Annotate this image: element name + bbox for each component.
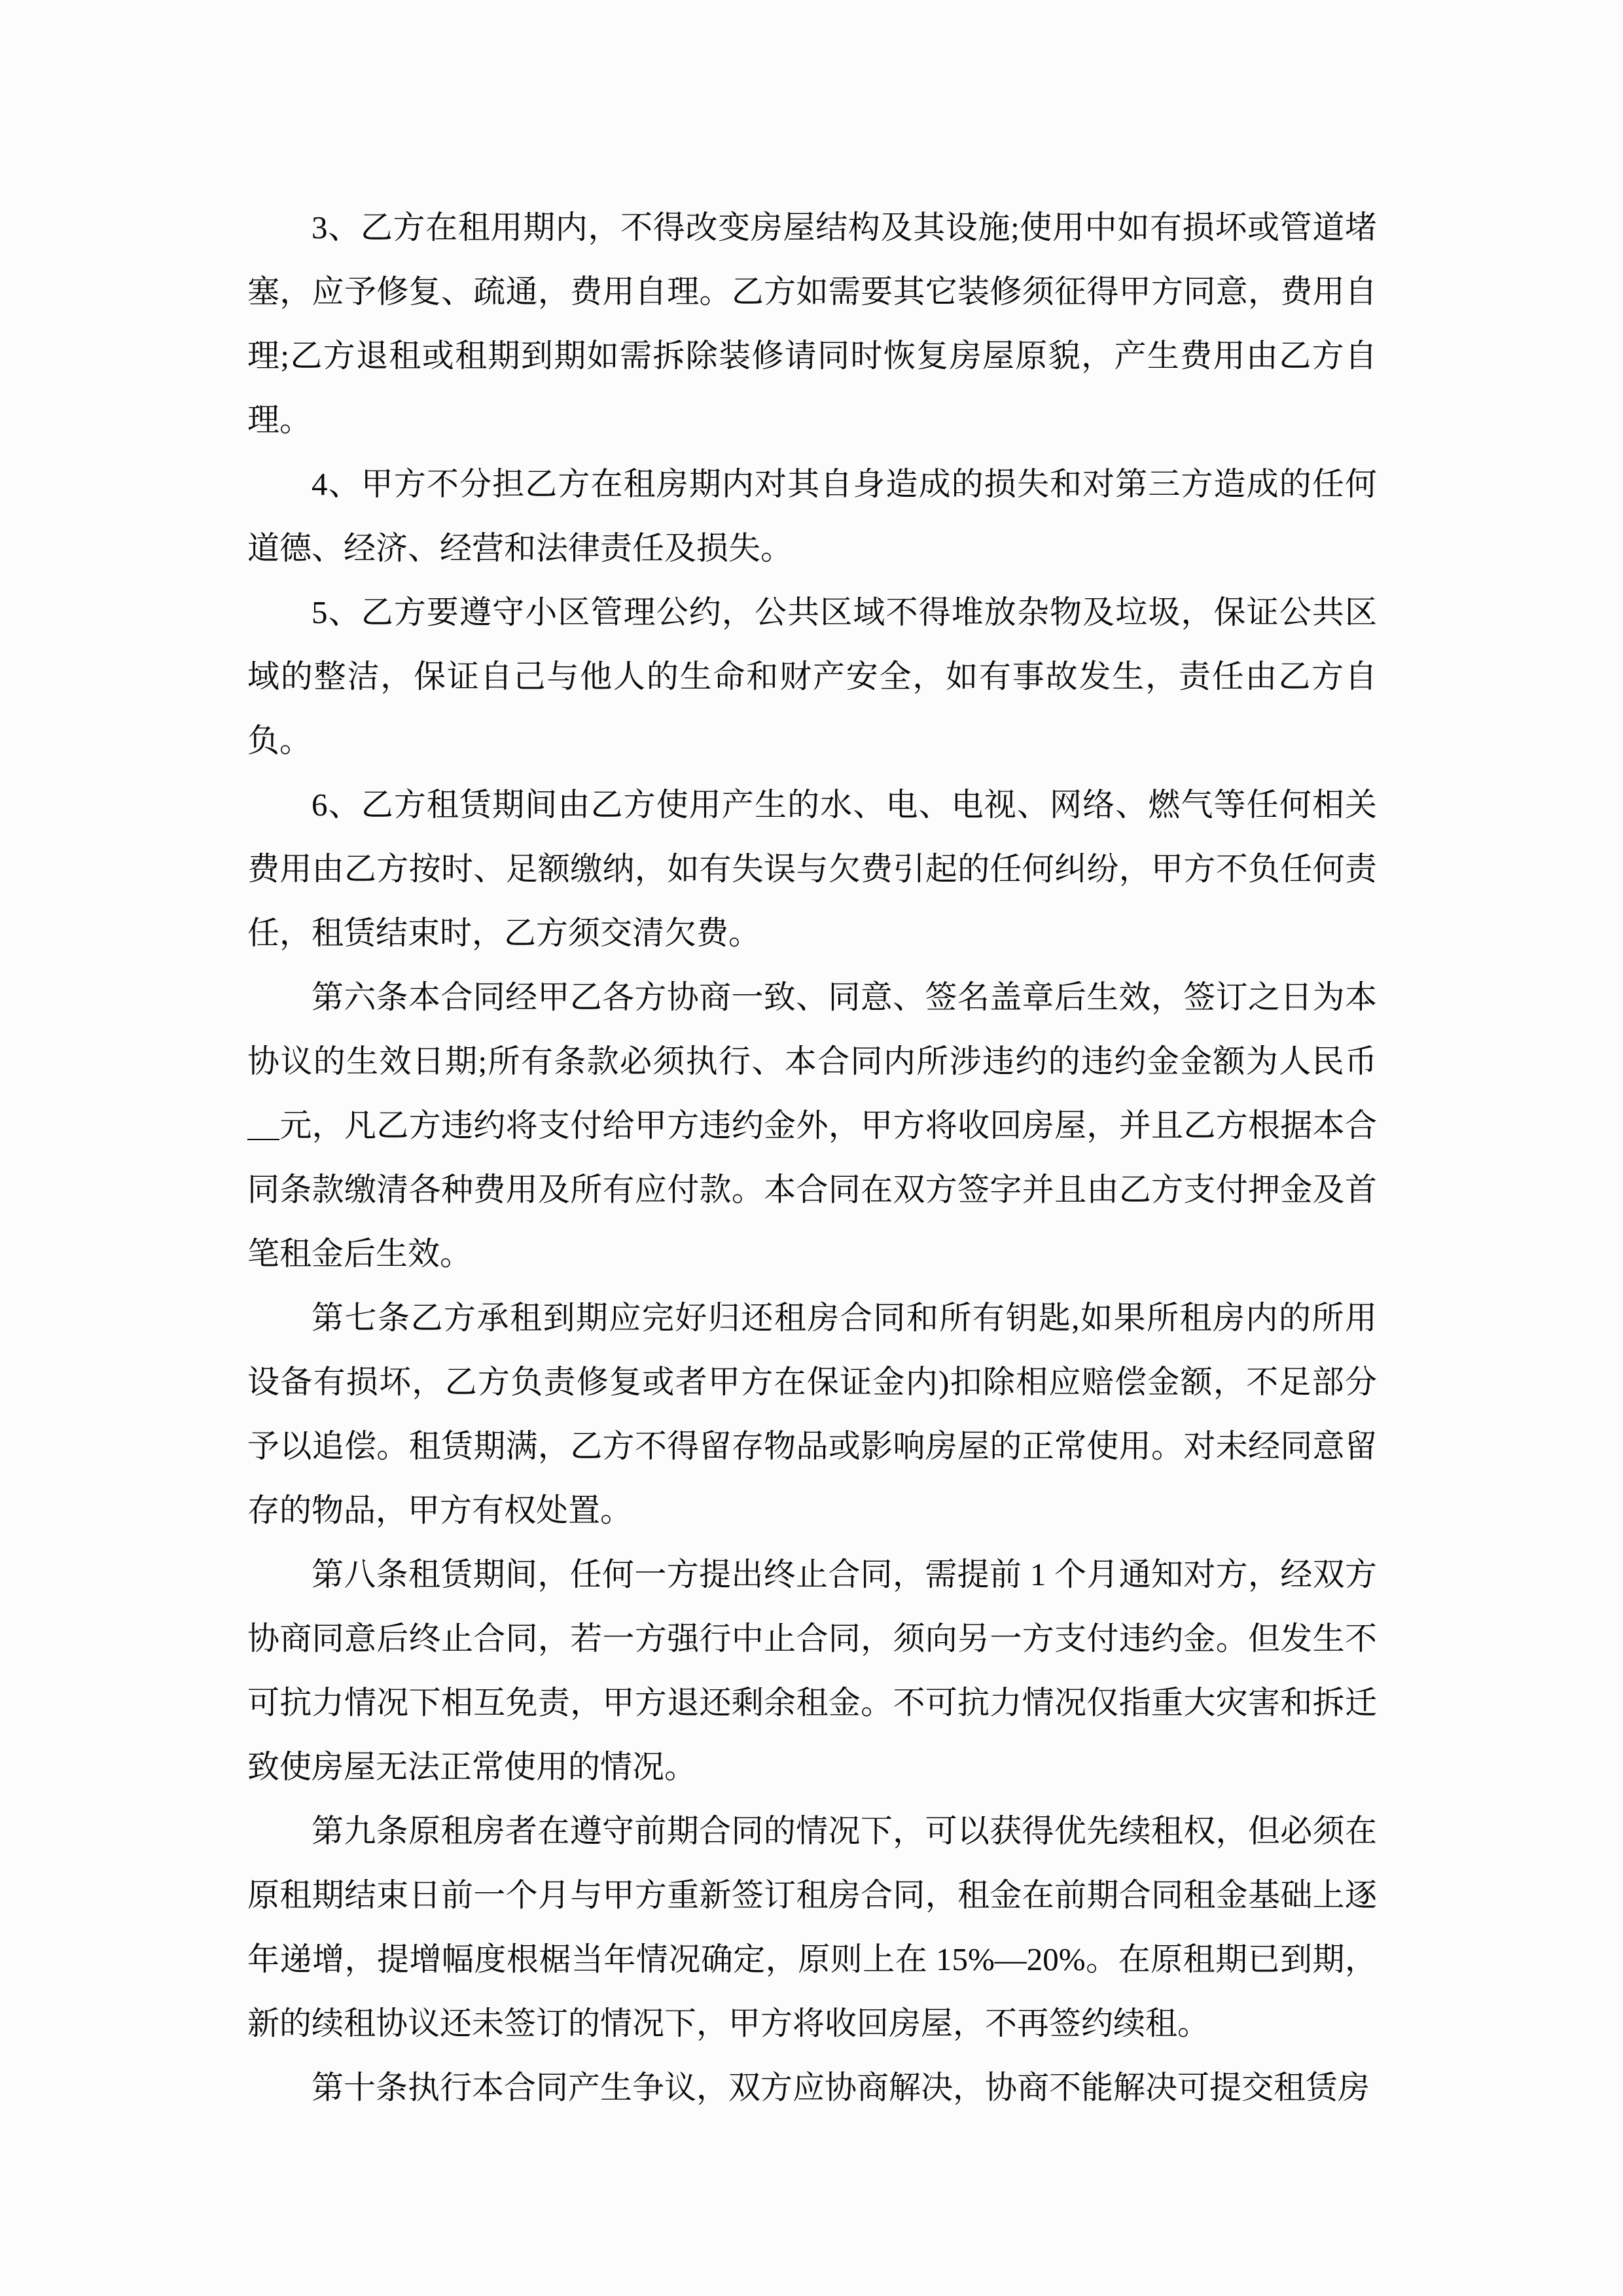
clause-3-paragraph: 3、乙方在租用期内，不得改变房屋结构及其设施;使用中如有损坏或管道堵塞，应予修复…: [247, 196, 1377, 452]
clause-5-paragraph: 5、乙方要遵守小区管理公约，公共区域不得堆放杂物及垃圾，保证公共区域的整洁，保证…: [247, 581, 1377, 773]
clause-6-paragraph: 6、乙方租赁期间由乙方使用产生的水、电、电视、网络、燃气等任何相关费用由乙方按时…: [247, 773, 1377, 965]
contract-text-block: 3、乙方在租用期内，不得改变房屋结构及其设施;使用中如有损坏或管道堵塞，应予修复…: [247, 196, 1377, 2120]
article-6-paragraph: 第六条本合同经甲乙各方协商一致、同意、签名盖章后生效，签订之日为本协议的生效日期…: [247, 965, 1377, 1286]
article-8-paragraph: 第八条租赁期间，任何一方提出终止合同，需提前 1 个月通知对方，经双方协商同意后…: [247, 1543, 1377, 1799]
contract-page: 3、乙方在租用期内，不得改变房屋结构及其设施;使用中如有损坏或管道堵塞，应予修复…: [0, 0, 1623, 2296]
article-7-paragraph: 第七条乙方承租到期应完好归还租房合同和所有钥匙,如果所租房内的所用设备有损坏，乙…: [247, 1286, 1377, 1543]
article-10-paragraph: 第十条执行本合同产生争议，双方应协商解决，协商不能解决可提交租赁房: [247, 2056, 1377, 2120]
article-9-paragraph: 第九条原租房者在遵守前期合同的情况下，可以获得优先续租权，但必须在原租期结束日前…: [247, 1799, 1377, 2056]
clause-4-paragraph: 4、甲方不分担乙方在租房期内对其自身造成的损失和对第三方造成的任何道德、经济、经…: [247, 452, 1377, 581]
